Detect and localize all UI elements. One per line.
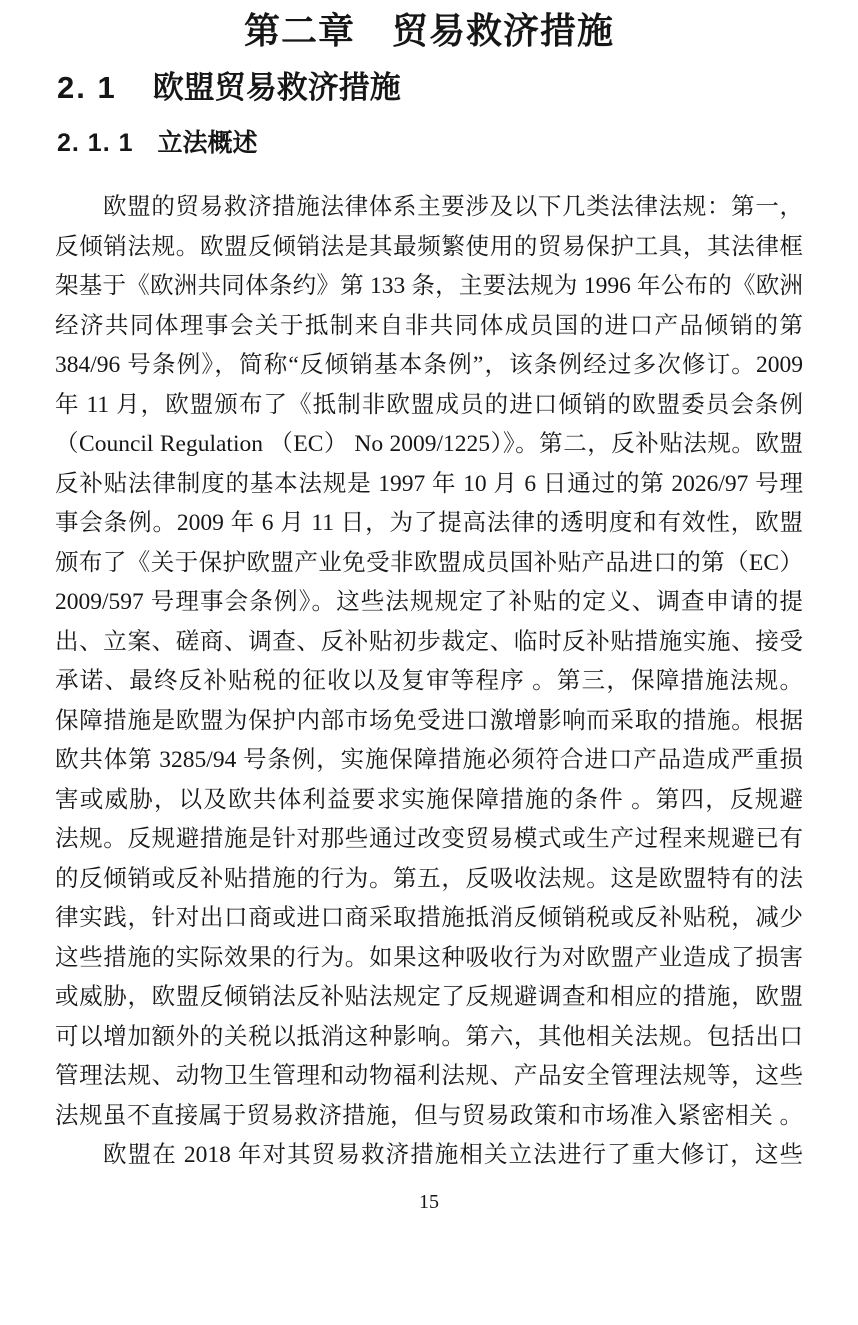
text-line: 反倾销法规。欧盟反倾销法是其最频繁使用的贸易保护工具，其法律框 [55, 228, 803, 268]
text-line: （Council Regulation （EC） No 2009/1225）》。… [55, 425, 803, 465]
page-number: 15 [0, 1190, 858, 1214]
text-line: 可以增加额外的关税以抵消这种影响。第六，其他相关法规。包括出口 [55, 1018, 803, 1058]
subsection-heading: 2. 1. 1 立法概述 [57, 128, 858, 158]
text-line: 管理法规、动物卫生管理和动物福利法规、产品安全管理法规等，这些 [55, 1057, 803, 1097]
text-line: 的反倾销或反补贴措施的行为。第五，反吸收法规。这是欧盟特有的法 [55, 860, 803, 900]
section-number: 2. 1 [57, 69, 117, 106]
text-line: 欧盟在 2018 年对其贸易救济措施相关立法进行了重大修订，这些 [55, 1136, 803, 1176]
text-line: 律实践，针对出口商或进口商采取措施抵消反倾销税或反补贴税，减少 [55, 899, 803, 939]
text-line: 2009/597 号理事会条例》。这些法规规定了补贴的定义、调查申请的提 [55, 583, 803, 623]
text-line: 承诺、最终反补贴税的征收以及复审等程序 。第三，保障措施法规。 [55, 662, 803, 702]
document-page: 第二章 贸易救济措施 2. 1 欧盟贸易救济措施 2. 1. 1 立法概述 欧盟… [0, 0, 858, 1325]
text-line: 出、立案、磋商、调查、反补贴初步裁定、临时反补贴措施实施、接受 [55, 623, 803, 663]
text-line: 保障措施是欧盟为保护内部市场免受进口激增影响而采取的措施。根据 [55, 702, 803, 742]
text-line: 年 11 月，欧盟颁布了《抵制非欧盟成员的进口倾销的欧盟委员会条例 [55, 386, 803, 426]
text-line: 法规。反规避措施是针对那些通过改变贸易模式或生产过程来规避已有 [55, 820, 803, 860]
text-line: 欧共体第 3285/94 号条例，实施保障措施必须符合进口产品造成严重损 [55, 741, 803, 781]
text-line: 颁布了《关于保护欧盟产业免受非欧盟成员国补贴产品进口的第（EC） [55, 544, 803, 584]
text-line: 欧盟的贸易救济措施法律体系主要涉及以下几类法律法规：第一， [55, 188, 803, 228]
subsection-number: 2. 1. 1 [57, 128, 134, 158]
text-line: 反补贴法律制度的基本法规是 1997 年 10 月 6 日通过的第 2026/9… [55, 465, 803, 505]
text-line: 架基于《欧洲共同体条约》第 133 条，主要法规为 1996 年公布的《欧洲 [55, 267, 803, 307]
subsection-title: 立法概述 [158, 128, 258, 158]
section-title: 欧盟贸易救济措施 [153, 69, 401, 106]
text-line: 事会条例。2009 年 6 月 11 日，为了提高法律的透明度和有效性，欧盟 [55, 504, 803, 544]
text-line: 害或威胁，以及欧共体利益要求实施保障措施的条件 。第四，反规避 [55, 781, 803, 821]
body-text: 欧盟的贸易救济措施法律体系主要涉及以下几类法律法规：第一，反倾销法规。欧盟反倾销… [55, 188, 803, 1176]
text-line: 这些措施的实际效果的行为。如果这种吸收行为对欧盟产业造成了损害 [55, 939, 803, 979]
section-heading: 2. 1 欧盟贸易救济措施 [57, 69, 858, 106]
text-line: 384/96 号条例》，简称“反倾销基本条例”，该条例经过多次修订。2009 [55, 346, 803, 386]
text-line: 经济共同体理事会关于抵制来自非共同体成员国的进口产品倾销的第 [55, 307, 803, 347]
text-line: 或威胁，欧盟反倾销法反补贴法规定了反规避调查和相应的措施，欧盟 [55, 978, 803, 1018]
chapter-title: 第二章 贸易救济措施 [0, 0, 858, 53]
text-line: 法规虽不直接属于贸易救济措施，但与贸易政策和市场准入紧密相关 。 [55, 1097, 803, 1137]
